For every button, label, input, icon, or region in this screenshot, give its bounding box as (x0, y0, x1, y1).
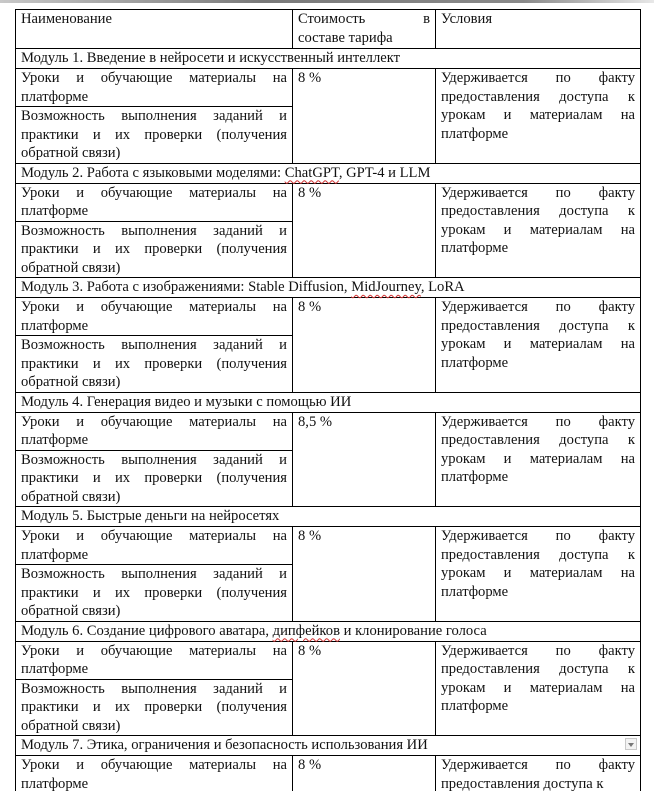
spellcheck-flagged-word[interactable]: дипфейков (273, 623, 340, 639)
dropdown-arrow-icon[interactable] (625, 738, 637, 750)
condition-cell: Удерживается по факту предоставления дос… (436, 641, 641, 736)
module-title: Модуль 5. Быстрые деньги на нейросетях (16, 507, 641, 527)
task-cell: Возможность выполнения заданий и практик… (16, 336, 293, 393)
header-cost: Стоимостьв составе тарифа (293, 10, 436, 49)
module-title-row: Модуль 3. Работа с изображениями: Stable… (16, 278, 641, 298)
header-name: Наименование (16, 10, 293, 49)
cost-cell: 8 % (293, 298, 436, 393)
cost-cell: 8 % (293, 183, 436, 278)
module-title-row: Модуль 2. Работа с языковыми моделями: C… (16, 163, 641, 183)
module-title-text: Модуль 1. Введение в нейросети и искусст… (21, 50, 400, 66)
task-cell: Возможность выполнения заданий и практик… (16, 221, 293, 278)
cost-cell: 8 % (293, 69, 436, 164)
task-cell: Возможность выполнения заданий и практик… (16, 450, 293, 507)
module-title: Модуль 1. Введение в нейросети и искусст… (16, 49, 641, 69)
lesson-row: Уроки и обучающие материалы на платформе… (16, 412, 641, 450)
lesson-row: Уроки и обучающие материалы на платформе… (16, 183, 641, 221)
task-cell: Возможность выполнения заданий и практик… (16, 679, 293, 736)
condition-cell: Удерживается по факту предоставления дос… (436, 412, 641, 507)
cost-cell: 8,5 % (293, 412, 436, 507)
lesson-cell: Уроки и обучающие материалы на платформе (16, 298, 293, 336)
cost-cell: 8 % (293, 527, 436, 622)
module-title-text: , GPT-4 и LLM (339, 165, 431, 181)
lesson-cell: Уроки и обучающие материалы на платформе (16, 756, 293, 791)
module-title-row: Модуль 5. Быстрые деньги на нейросетях (16, 507, 641, 527)
lesson-row: Уроки и обучающие материалы на платформе… (16, 641, 641, 679)
lesson-cell: Уроки и обучающие материалы на платформе (16, 183, 293, 221)
lesson-cell: Уроки и обучающие материалы на платформе (16, 527, 293, 565)
header-cost-word: в (423, 10, 430, 29)
module-title-row: Модуль 6. Создание цифрового аватара, ди… (16, 621, 641, 641)
lesson-cell: Уроки и обучающие материалы на платформе (16, 641, 293, 679)
module-title: Модуль 4. Генерация видео и музыки с пом… (16, 392, 641, 412)
module-title-text: и клонирование голоса (340, 623, 487, 639)
window-top-edge (0, 0, 654, 3)
module-title: Модуль 2. Работа с языковыми моделями: C… (16, 163, 641, 183)
spellcheck-flagged-word[interactable]: ChatGPT (285, 165, 339, 181)
module-title-text: Модуль 6. Создание цифрового аватара, (21, 623, 273, 639)
lesson-row: Уроки и обучающие материалы на платформе… (16, 527, 641, 565)
condition-cell: Удерживается по факту предоставления дос… (436, 183, 641, 278)
table-header-row: Наименование Стоимостьв составе тарифа У… (16, 10, 641, 49)
header-cost-line2: составе тарифа (298, 29, 430, 48)
module-title-text: Модуль 5. Быстрые деньги на нейросетях (21, 508, 279, 524)
module-title-text: Модуль 2. Работа с языковыми моделями: (21, 165, 285, 181)
lesson-cell: Уроки и обучающие материалы на платформе (16, 69, 293, 107)
module-title-row: Модуль 4. Генерация видео и музыки с пом… (16, 392, 641, 412)
lesson-row: Уроки и обучающие материалы на платформе… (16, 756, 641, 791)
task-cell: Возможность выполнения заданий и практик… (16, 565, 293, 622)
header-conditions: Условия (436, 10, 641, 49)
module-title-text: Модуль 3. Работа с изображениями: Stable… (21, 279, 351, 295)
module-title: Модуль 7. Этика, ограничения и безопасно… (16, 736, 641, 756)
tariff-table: Наименование Стоимостьв составе тарифа У… (15, 9, 641, 791)
lesson-row: Уроки и обучающие материалы на платформе… (16, 69, 641, 107)
condition-cell: Удерживается по факту предоставления дос… (436, 527, 641, 622)
spellcheck-flagged-word[interactable]: MidJourney (351, 279, 421, 295)
module-title-text: Модуль 4. Генерация видео и музыки с пом… (21, 394, 351, 410)
header-cost-word: Стоимость (298, 10, 365, 29)
cost-cell: 8 % (293, 641, 436, 736)
module-title-text: , LoRA (421, 279, 465, 295)
module-title-row: Модуль 7. Этика, ограничения и безопасно… (16, 736, 641, 756)
condition-cell: Удерживается по факту предоставления дос… (436, 756, 641, 791)
condition-cell: Удерживается по факту предоставления дос… (436, 298, 641, 393)
lesson-row: Уроки и обучающие материалы на платформе… (16, 298, 641, 336)
task-cell: Возможность выполнения заданий и практик… (16, 107, 293, 164)
condition-cell: Удерживается по факту предоставления дос… (436, 69, 641, 164)
cost-cell: 8 % (293, 756, 436, 791)
module-title: Модуль 6. Создание цифрового аватара, ди… (16, 621, 641, 641)
lesson-cell: Уроки и обучающие материалы на платформе (16, 412, 293, 450)
module-title: Модуль 3. Работа с изображениями: Stable… (16, 278, 641, 298)
module-title-text: Модуль 7. Этика, ограничения и безопасно… (21, 737, 428, 753)
module-title-row: Модуль 1. Введение в нейросети и искусст… (16, 49, 641, 69)
